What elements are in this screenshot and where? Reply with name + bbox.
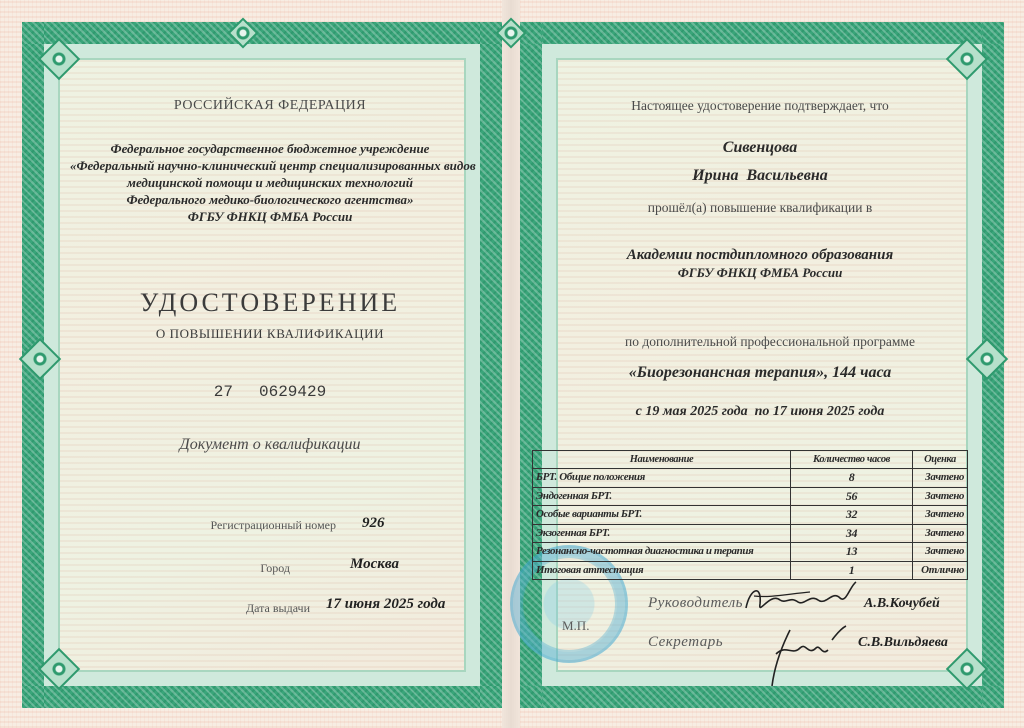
certificate-title: УДОСТОВЕРЕНИЕ [110, 288, 430, 318]
academy-line: ФГБУ ФНКЦ ФМБА России [590, 264, 930, 281]
academy-line: Академии постдипломного образования [590, 247, 930, 264]
module-hours: 56 [791, 487, 913, 506]
module-grade: Зачтено [913, 506, 968, 525]
head-role-label: Руководитель [648, 595, 743, 612]
module-hours: 32 [791, 506, 913, 525]
org-line: ФГБУ ФНКЦ ФМБА России [80, 208, 460, 225]
column-header-hours: Количество часов [791, 451, 913, 469]
module-hours: 8 [791, 469, 913, 488]
module-name: Экзогенная БРТ. [533, 524, 791, 543]
module-grade: Зачтено [913, 469, 968, 488]
certificate-series: 27 [214, 383, 233, 401]
grades-table: Наименование Количество часов Оценка БРТ… [532, 450, 968, 580]
module-grade: Зачтено [913, 487, 968, 506]
certificate-number: 270629429 [150, 383, 390, 401]
holder-given-names: Ирина Васильевна [600, 167, 920, 185]
city-value: Москва [350, 556, 399, 573]
issue-date-value: 17 июня 2025 года [326, 596, 445, 613]
module-hours: 1 [791, 561, 913, 580]
certificate-serial: 0629429 [259, 383, 326, 401]
secretary-signature-icon [760, 620, 850, 690]
secretary-name: С.В.Вильдяева [858, 635, 948, 651]
table-row: Экзогенная БРТ.34Зачтено [533, 524, 968, 543]
module-name: Итоговая аттестация [533, 561, 791, 580]
org-line: медицинской помощи и медицинских техноло… [80, 174, 460, 191]
org-line: Федерального медико-биологического агент… [80, 191, 460, 208]
org-line: Федеральное государственное бюджетное уч… [80, 140, 460, 157]
city-label: Город [200, 561, 290, 576]
passed-text: прошёл(а) повышение квалификации в [580, 200, 940, 216]
stamp-place-label: М.П. [562, 618, 589, 634]
issue-date-label: Дата выдачи [190, 601, 310, 616]
registration-value: 926 [362, 515, 385, 532]
country-heading: РОССИЙСКАЯ ФЕДЕРАЦИЯ [100, 98, 440, 114]
training-dates: с 19 мая 2025 года по 17 июня 2025 года [590, 404, 930, 420]
holder-surname: Сивенцова [600, 139, 920, 157]
table-row: Эндогенная БРТ.56Зачтено [533, 487, 968, 506]
module-hours: 34 [791, 524, 913, 543]
org-line: «Федеральный научно-клинический центр сп… [70, 157, 470, 174]
table-row: Резонансно-частотная диагностика и терап… [533, 543, 968, 562]
column-header-name: Наименование [533, 451, 791, 469]
head-signature-icon [740, 578, 860, 622]
table-header-row: Наименование Количество часов Оценка [533, 451, 968, 469]
column-header-grade: Оценка [913, 451, 968, 469]
module-grade: Зачтено [913, 524, 968, 543]
secretary-role-label: Секретарь [648, 634, 723, 651]
module-name: БРТ. Общие положения [533, 469, 791, 488]
registration-label: Регистрационный номер [190, 518, 336, 533]
module-name: Резонансно-частотная диагностика и терап… [533, 543, 791, 562]
academy-name: Академии постдипломного образования ФГБУ… [590, 247, 930, 281]
module-name: Особые варианты БРТ. [533, 506, 791, 525]
table-row: Особые варианты БРТ.32Зачтено [533, 506, 968, 525]
certificate-subtitle: О ПОВЫШЕНИИ КВАЛИФИКАЦИИ [110, 326, 430, 342]
organization-name: Федеральное государственное бюджетное уч… [80, 140, 460, 225]
table-row: Итоговая аттестация1Отлично [533, 561, 968, 580]
confirm-text: Настоящее удостоверение подтверждает, чт… [560, 98, 960, 114]
module-grade: Отлично [913, 561, 968, 580]
program-name: «Биорезонансная терапия», 144 часа [590, 364, 930, 382]
document-type: Документ о квалификации [120, 436, 420, 454]
module-grade: Зачтено [913, 543, 968, 562]
head-name: А.В.Кочубей [864, 596, 940, 612]
module-name: Эндогенная БРТ. [533, 487, 791, 506]
program-label: по дополнительной профессиональной прогр… [560, 334, 980, 350]
module-hours: 13 [791, 543, 913, 562]
table-row: БРТ. Общие положения8Зачтено [533, 469, 968, 488]
